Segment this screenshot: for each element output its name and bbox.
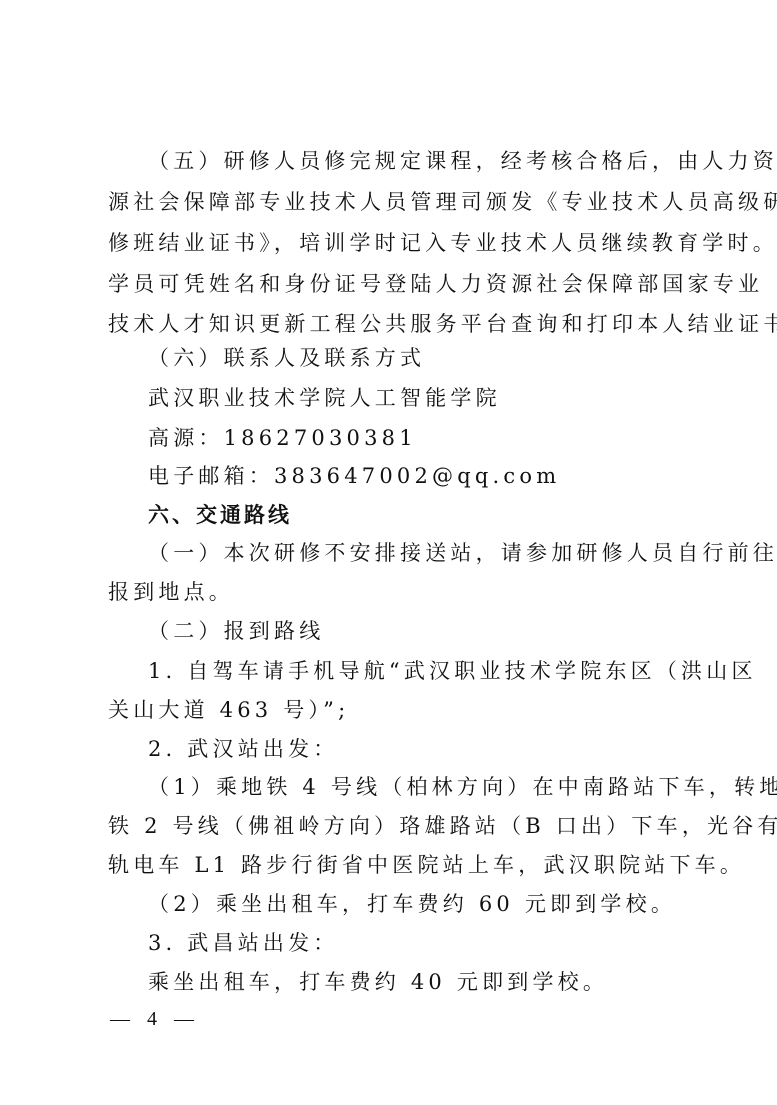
paragraph-line: 关山大道 463 号）”;: [108, 695, 678, 725]
contact-organization: 武汉职业技术学院人工智能学院: [148, 383, 718, 413]
paragraph-line: （一）本次研修不安排接送站，请参加研修人员自行前往: [148, 538, 718, 568]
contact-phone: 高源：18627030381: [148, 423, 718, 453]
list-item-heading: 2. 武汉站出发：: [148, 734, 718, 764]
list-item-heading: 3. 武昌站出发：: [148, 928, 718, 958]
section-subheading: （六）联系人及联系方式: [148, 343, 718, 373]
paragraph-line: （五）研修人员修完规定课程，经考核合格后，由人力资: [148, 146, 718, 176]
section-heading: 六、交通路线: [148, 500, 718, 530]
section-subheading: （二）报到路线: [148, 616, 718, 646]
paragraph-line: （1）乘地铁 4 号线（柏林方向）在中南路站下车，转地: [148, 772, 718, 802]
paragraph-line: 乘坐出租车，打车费约 40 元即到学校。: [148, 967, 718, 997]
contact-email: 电子邮箱：383647002@qq.com: [148, 461, 718, 491]
paragraph-line: 1. 自驾车请手机导航“武汉职业技术学院东区（洪山区: [148, 656, 718, 686]
document-page: （五）研修人员修完规定课程，经考核合格后，由人力资 源社会保障部专业技术人员管理…: [0, 0, 777, 1105]
paragraph-line: 技术人才知识更新工程公共服务平台查询和打印本人结业证书。: [108, 309, 678, 339]
paragraph-line: 学员可凭姓名和身份证号登陆人力资源社会保障部国家专业: [108, 269, 678, 299]
paragraph-line: （2）乘坐出租车，打车费约 60 元即到学校。: [148, 889, 718, 919]
paragraph-line: 源社会保障部专业技术人员管理司颁发《专业技术人员高级研: [108, 187, 678, 217]
paragraph-line: 报到地点。: [108, 577, 678, 607]
paragraph-line: 轨电车 L1 路步行街省中医院站上车，武汉职院站下车。: [108, 850, 678, 880]
paragraph-line: 铁 2 号线（佛祖岭方向）珞雄路站（B 口出）下车，光谷有: [108, 811, 678, 841]
paragraph-line: 修班结业证书》，培训学时记入专业技术人员继续教育学时。: [108, 228, 678, 258]
page-number: — 4 —: [110, 1008, 200, 1031]
